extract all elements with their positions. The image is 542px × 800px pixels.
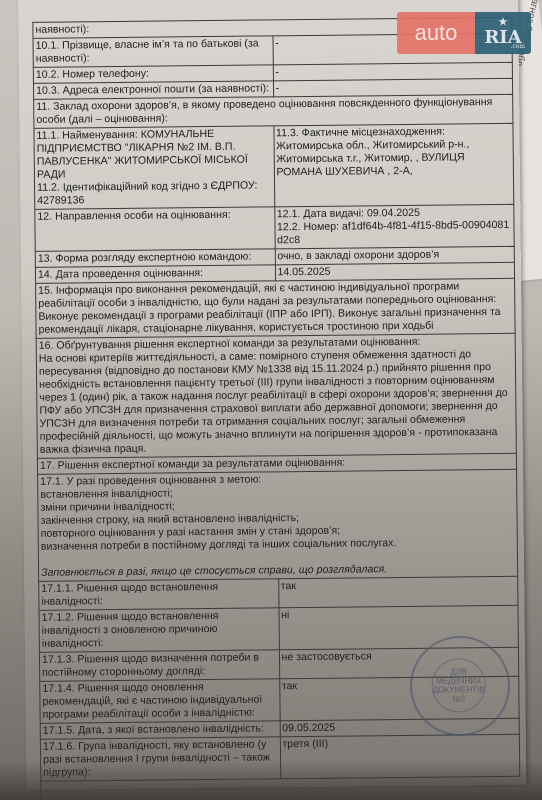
table-row: 12. Направлення особи на оцінювання: 12.… bbox=[35, 204, 514, 251]
star-icon: ★ bbox=[499, 19, 508, 27]
row-17-1-3-label: 17.1.3. Рішення щодо визначення потреби … bbox=[39, 650, 279, 682]
row-16-value: На основі критеріїв життєдіяльності, а с… bbox=[39, 348, 514, 457]
table-row: 17.1. У разі проведення оцінювання з мет… bbox=[38, 469, 518, 581]
row-17-1: 17.1. У разі проведення оцінювання з мет… bbox=[38, 469, 518, 581]
logo-auto: auto bbox=[397, 12, 475, 54]
autoria-watermark-logo: auto ★ RIA .com bbox=[397, 12, 531, 54]
table-row: 16. Обґрунтування рішення експертної ком… bbox=[36, 333, 516, 458]
row-12-label: 12. Направлення особи на оцінювання: bbox=[35, 207, 275, 252]
row-17-1-1-label: 17.1.1. Рішення щодо встановлення інвалі… bbox=[39, 579, 279, 611]
logo-ria: ★ RIA .com bbox=[475, 12, 531, 54]
bottom-shadow bbox=[0, 760, 542, 800]
row-11-right: 11.3. Фактичне місцезнаходження: Житомир… bbox=[273, 123, 513, 207]
stamp-text: ДЛЯ МЕДИЧНИХ ДОКУМЕНТІВ №2 bbox=[432, 658, 486, 712]
location-value: Житомирська обл., Житомирський р-н., Жит… bbox=[276, 138, 511, 179]
referral-number: 12.2. Номер: af1df64b-4f81-4f15-8bd5-009… bbox=[277, 219, 512, 247]
row-17-1-1-value: так bbox=[278, 576, 518, 608]
row-15: 15. Інформація про виконання рекомендаці… bbox=[36, 278, 516, 338]
table-row: 15. Інформація про виконання рекомендаці… bbox=[36, 278, 516, 338]
row-15-value: Виконує рекомендації з програми реабіліт… bbox=[38, 306, 512, 337]
row-17-1-4-label: 17.1.4. Рішення щодо оновлення рекоменда… bbox=[40, 679, 280, 724]
logo-domain: .com bbox=[510, 43, 525, 50]
row-10-1-label: 10.1. Прізвище, власне ім’я та по батько… bbox=[33, 36, 273, 68]
row-16: 16. Обґрунтування рішення експертної ком… bbox=[36, 333, 516, 458]
row-12-value: 12.1. Дата видачі: 09.04.2025 12.2. Номе… bbox=[274, 204, 514, 249]
institution-name: 11.1. Найменування: КОМУНАЛЬНЕ ПІДПРИЄМС… bbox=[36, 127, 271, 181]
row-17-1-2-label: 17.1.2. Рішення щодо встановлення інвалі… bbox=[39, 608, 279, 653]
table-row: 11.1. Найменування: КОМУНАЛЬНЕ ПІДПРИЄМС… bbox=[34, 123, 514, 209]
row-11-left: 11.1. Найменування: КОМУНАЛЬНЕ ПІДПРИЄМС… bbox=[34, 126, 274, 210]
institution-code: 11.2. Ідентифікаційний код згідно з ЄДРП… bbox=[37, 179, 272, 207]
